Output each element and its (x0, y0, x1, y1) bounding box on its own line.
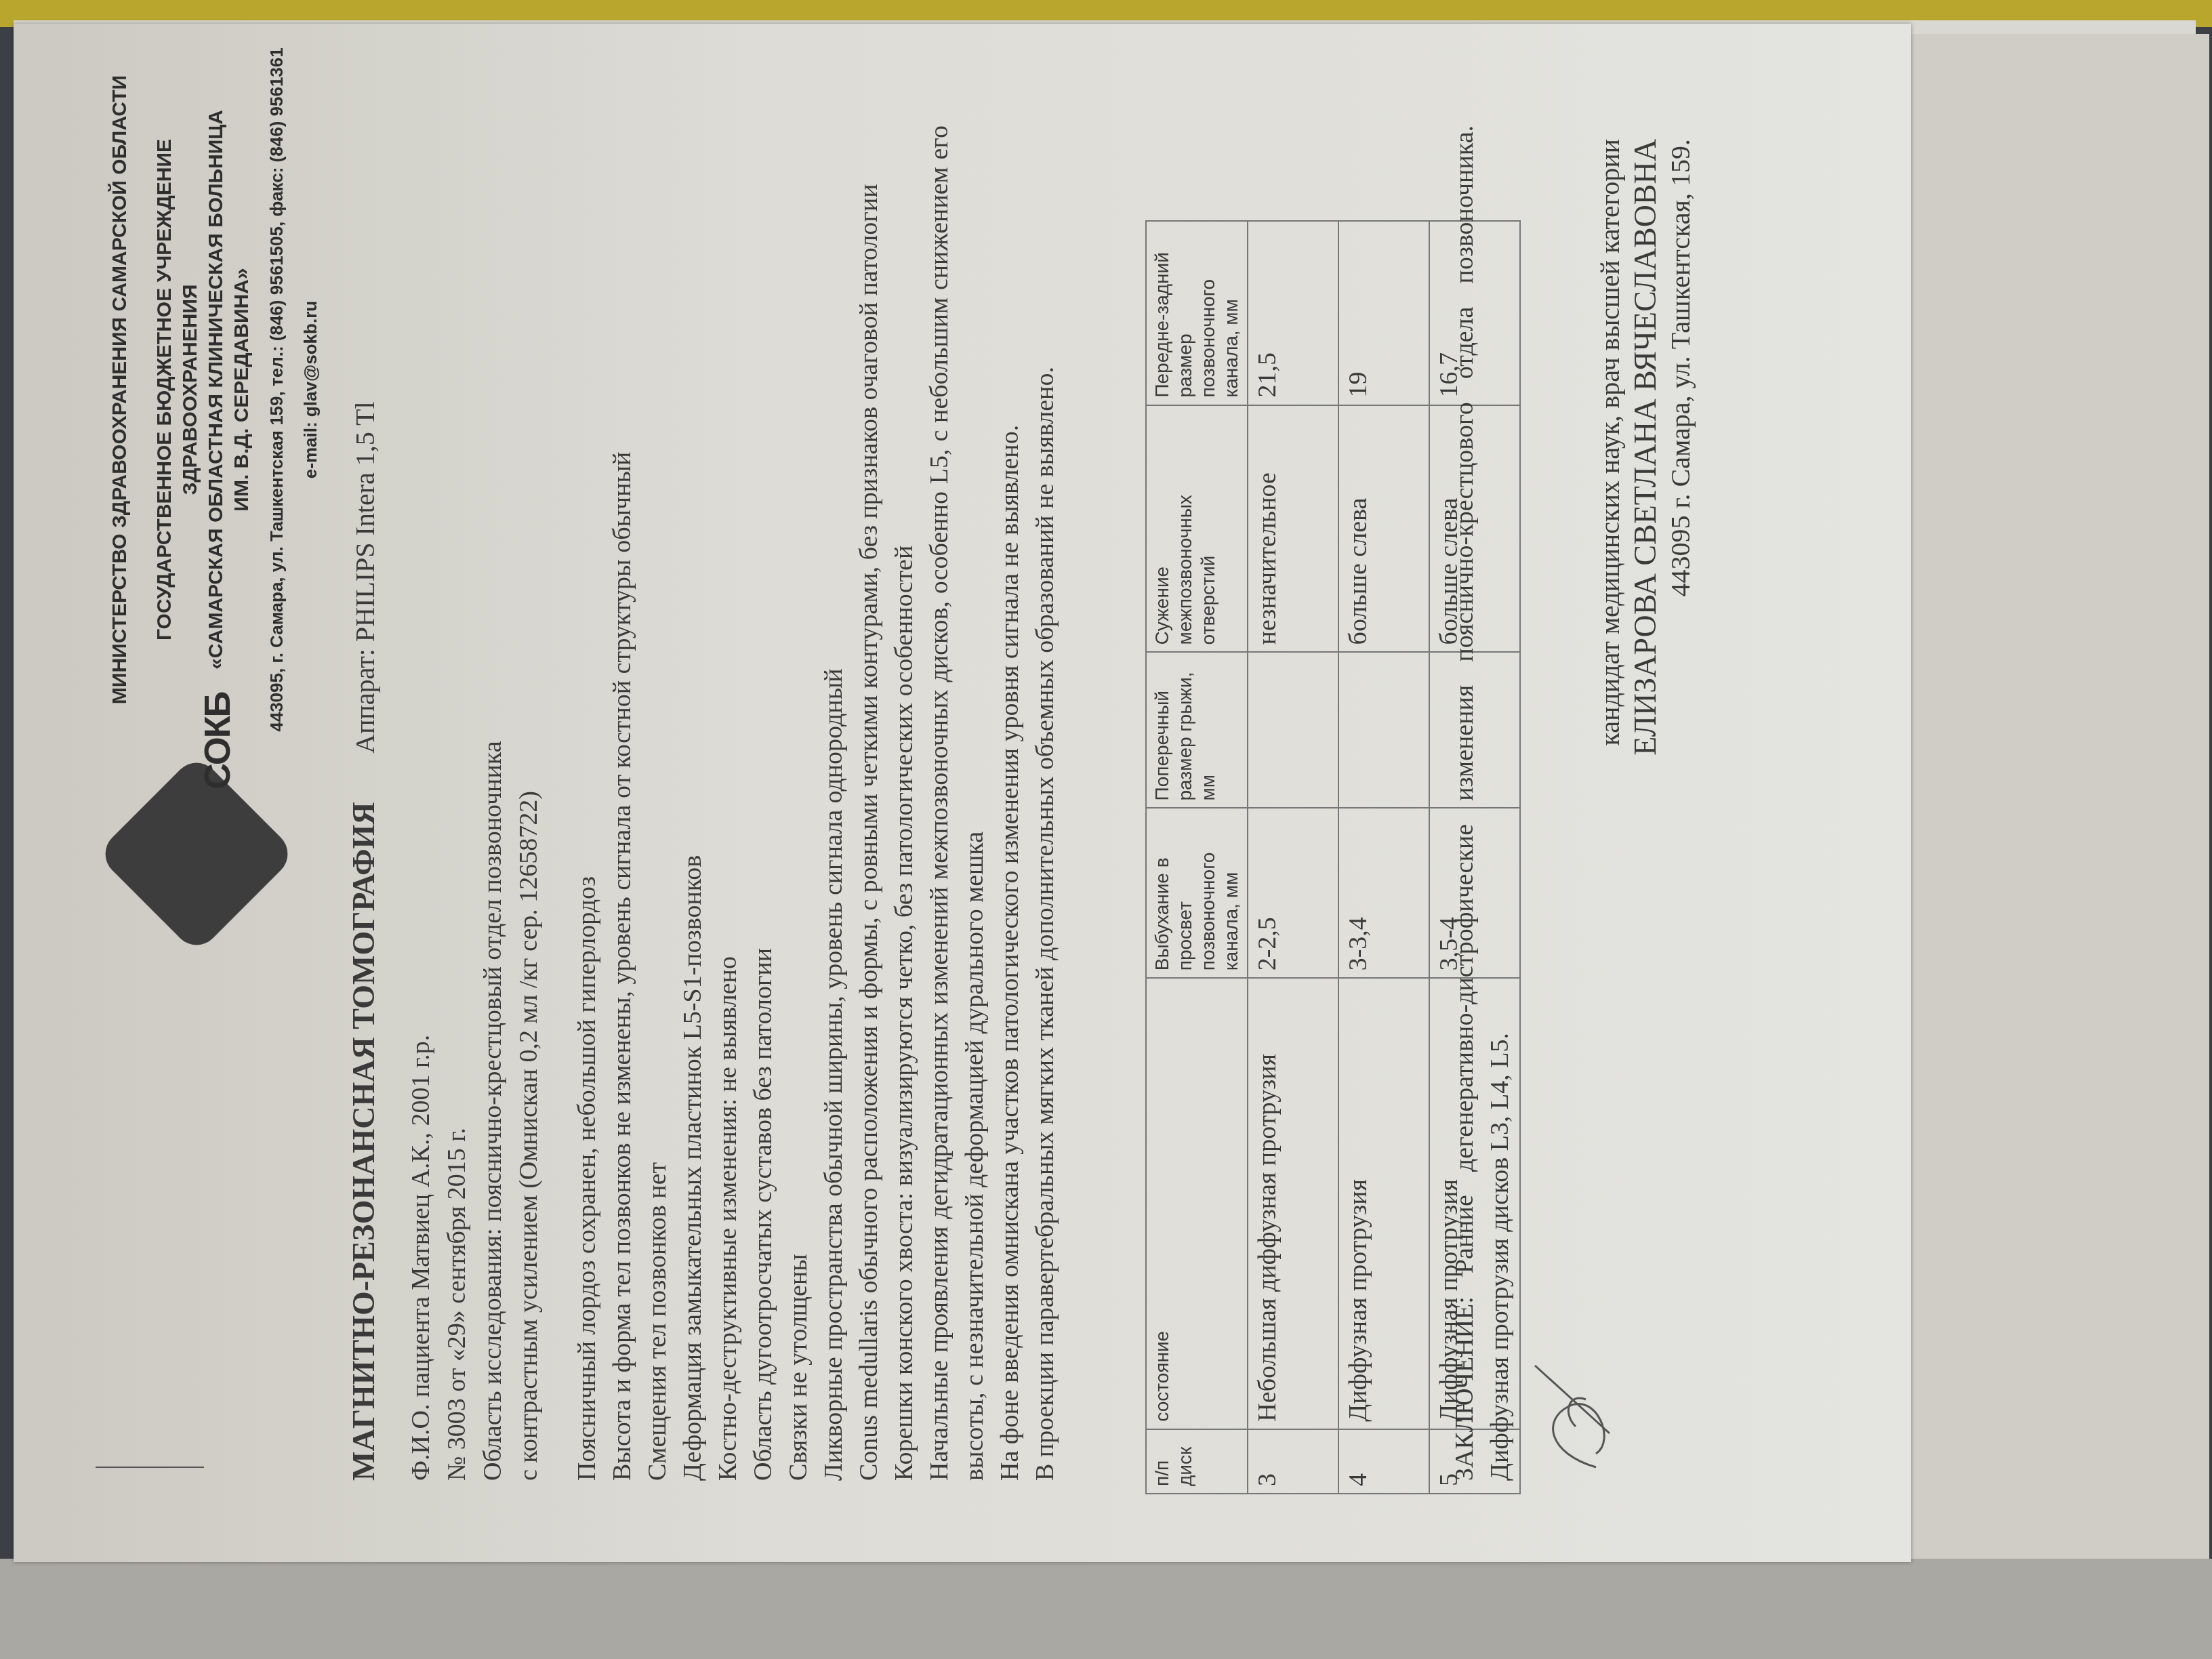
finding-item: Ликворные пространства обычной ширины, у… (816, 125, 851, 1481)
cell-bulge: 3-3,4 (1338, 808, 1429, 978)
cell-transverse (1338, 652, 1429, 808)
finding-item: В проекции паравертебральных мягких ткан… (1027, 125, 1063, 1481)
finding-item: Связки не утолщены (781, 125, 816, 1481)
doctor-signature-block: кандидат медицинских наук, врач высшей к… (1593, 139, 1698, 952)
desk-surface (0, 1559, 2212, 1659)
conclusion-text: Ранние дегенеративно-дистрофические изме… (1450, 125, 1514, 1481)
report-number-line: № 3003 от «29» сентября 2015 г. (439, 741, 475, 1481)
col-foramen: Сужение межпозвоночных отверстий (1146, 405, 1248, 653)
study-area-line: Область исследования: пояснично-крестцов… (475, 741, 511, 1481)
cell-bulge: 2-2,5 (1248, 808, 1338, 978)
cell-canal: 19 (1338, 221, 1429, 405)
col-canal: Передне-задний размер позвоночного канал… (1146, 221, 1248, 405)
apparatus: Аппарат: PHILIPS Intera 1,5 Tl (350, 401, 380, 754)
doctor-name: ЕЛИЗАРОВА СВЕТЛАНА ВЯЧЕСЛАВОВНА (1628, 139, 1663, 952)
ministry-name: МИНИСТЕРСТВО ЗДРАВООХРАНЕНИЯ САМАРСКОЙ О… (108, 44, 131, 735)
conclusion-label: ЗАКЛЮЧЕНИЕ: (1450, 1296, 1479, 1481)
conclusion: ЗАКЛЮЧЕНИЕ: Ранние дегенеративно-дистроф… (1447, 125, 1517, 1481)
institution-line-3: ИМ. В.Д. СЕРЕДАВИНА» (229, 44, 255, 735)
mri-report-document: СОКБ МИНИСТЕРСТВО ЗДРАВООХРАНЕНИЯ САМАРС… (14, 24, 1911, 1562)
col-transverse: Поперечный размер грыжи, мм (1146, 652, 1248, 808)
finding-item: Высота и форма тел позвонков не изменены… (605, 125, 640, 1481)
table-row: 3 Небольшая диффузная протрузия 2-2,5 не… (1248, 221, 1338, 1494)
finding-item: Корешки конского хвоста: визуализируются… (886, 125, 922, 1481)
letterhead: МИНИСТЕРСТВО ЗДРАВООХРАНЕНИЯ САМАРСКОЙ О… (108, 44, 323, 735)
report-title-row: МАГНИТНО-РЕЗОНАНСНАЯ ТОМОГРАФИЯ Аппарат:… (346, 401, 382, 1481)
patient-line: Ф.И.О. пациента Матвиец А.К., 2001 г.р. (403, 741, 439, 1481)
cell-foramen: больше слева (1338, 405, 1429, 653)
institution-email: e-mail: glav@sokb.ru (298, 44, 323, 735)
col-disc: п/п диск (1146, 1429, 1248, 1494)
doctor-address: 443095 г. Самара, ул. Ташкентская, 159. (1663, 139, 1698, 952)
finding-item: Смещения тел позвонков нет (640, 125, 675, 1481)
table-header-row: п/п диск состояние Выбухание в просвет п… (1146, 221, 1248, 1494)
finding-item: Conus medullaris обычного расположения и… (851, 125, 886, 1481)
col-bulge: Выбухание в просвет позвоночного канала,… (1146, 808, 1248, 978)
cell-foramen: незначительное (1248, 405, 1338, 653)
signature-icon (1521, 1345, 1623, 1481)
table-row: 4 Диффузная протрузия 3-3,4 больше слева… (1338, 221, 1429, 1494)
contrast-line: с контрастным усилением (Омнискан 0,2 мл… (511, 741, 547, 1481)
finding-item: На фоне введения омнискана участков пато… (992, 125, 1027, 1481)
cell-canal: 21,5 (1248, 221, 1338, 405)
cell-disc: 3 (1248, 1429, 1338, 1494)
finding-item: Деформация замыкательных пластинок L5-S1… (675, 125, 710, 1481)
patient-info: Ф.И.О. пациента Матвиец А.К., 2001 г.р. … (403, 741, 547, 1481)
cell-state: Небольшая диффузная протрузия (1248, 978, 1338, 1429)
finding-item: Костно-деструктивные изменения: не выявл… (710, 125, 745, 1481)
cell-disc: 4 (1338, 1429, 1429, 1494)
report-title: МАГНИТНО-РЕЗОНАНСНАЯ ТОМОГРАФИЯ (346, 802, 381, 1481)
finding-item: Начальные проявления дегидратационных из… (922, 125, 992, 1481)
col-state: состояние (1146, 978, 1248, 1429)
findings-list: Поясничный лордоз сохранен, небольшой ги… (569, 125, 1063, 1481)
cell-state: Диффузная протрузия (1338, 978, 1429, 1429)
finding-item: Область дугоотросчатых суставов без пато… (745, 125, 781, 1481)
underlying-sheet-edge (1911, 34, 2209, 1593)
institution-line-1: ГОСУДАРСТВЕННОЕ БЮДЖЕТНОЕ УЧРЕЖДЕНИЕ ЗДР… (152, 44, 203, 735)
institution-address: 443095, г. Самара, ул. Ташкентская 159, … (264, 44, 289, 735)
finding-item: Поясничный лордоз сохранен, небольшой ги… (569, 125, 605, 1481)
doctor-degree: кандидат медицинских наук, врач высшей к… (1593, 139, 1628, 952)
cell-transverse (1248, 652, 1338, 808)
institution-line-2: «САМАРСКАЯ ОБЛАСТНАЯ КЛИНИЧЕСКАЯ БОЛЬНИЦ… (203, 44, 229, 735)
